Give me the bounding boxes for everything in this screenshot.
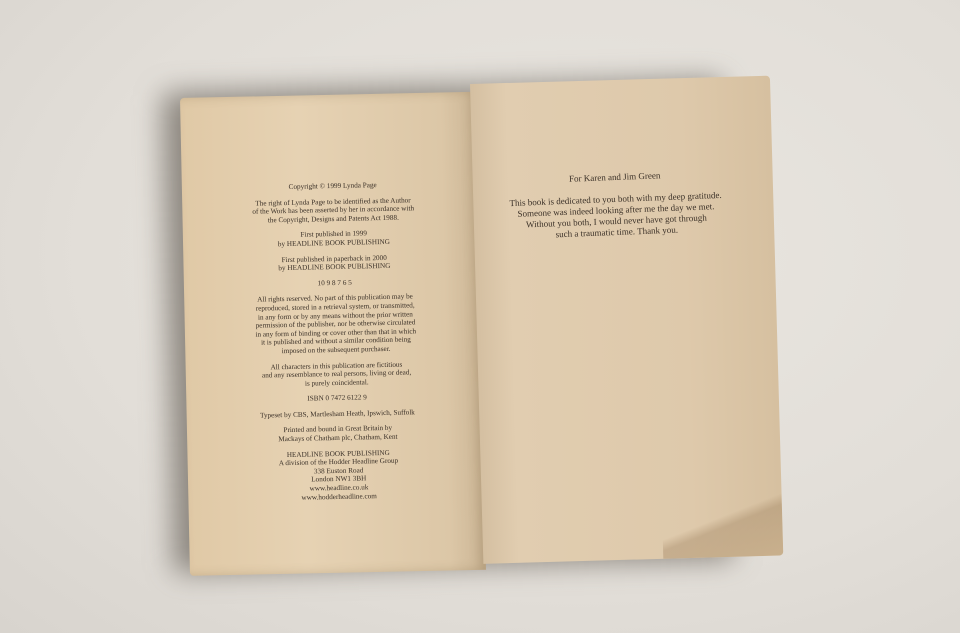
open-book: Copyright © 1999 Lynda Page The right of… [0,0,960,633]
rights-reserved: All rights reserved. No part of this pub… [235,292,436,356]
dedication-page-text: For Karen and Jim Green This book is ded… [475,167,758,255]
typeset-credit: Typeset by CBS, Martlesham Heath, Ipswic… [237,408,437,421]
right-page [470,76,783,564]
page-corner-fold [661,485,783,558]
publisher-address: HEADLINE BOOK PUBLISHING A division of t… [238,448,439,504]
isbn: ISBN 0 7472 6122 9 [237,392,437,405]
copyright-page-text: Copyright © 1999 Lynda Page The right of… [233,180,440,510]
paperback-published: First published in paperback in 2000 by … [234,252,434,273]
moral-rights: The right of Lynda Page to be identified… [233,196,433,226]
dedication-body: This book is dedicated to you both with … [475,189,756,244]
fiction-notice: All characters in this publication are f… [236,359,436,389]
first-published: First published in 1999 by HEADLINE BOOK… [234,228,434,249]
print-line: 10 9 8 7 6 5 [235,277,435,290]
printer-credit: Printed and bound in Great Britain by Ma… [238,423,438,444]
